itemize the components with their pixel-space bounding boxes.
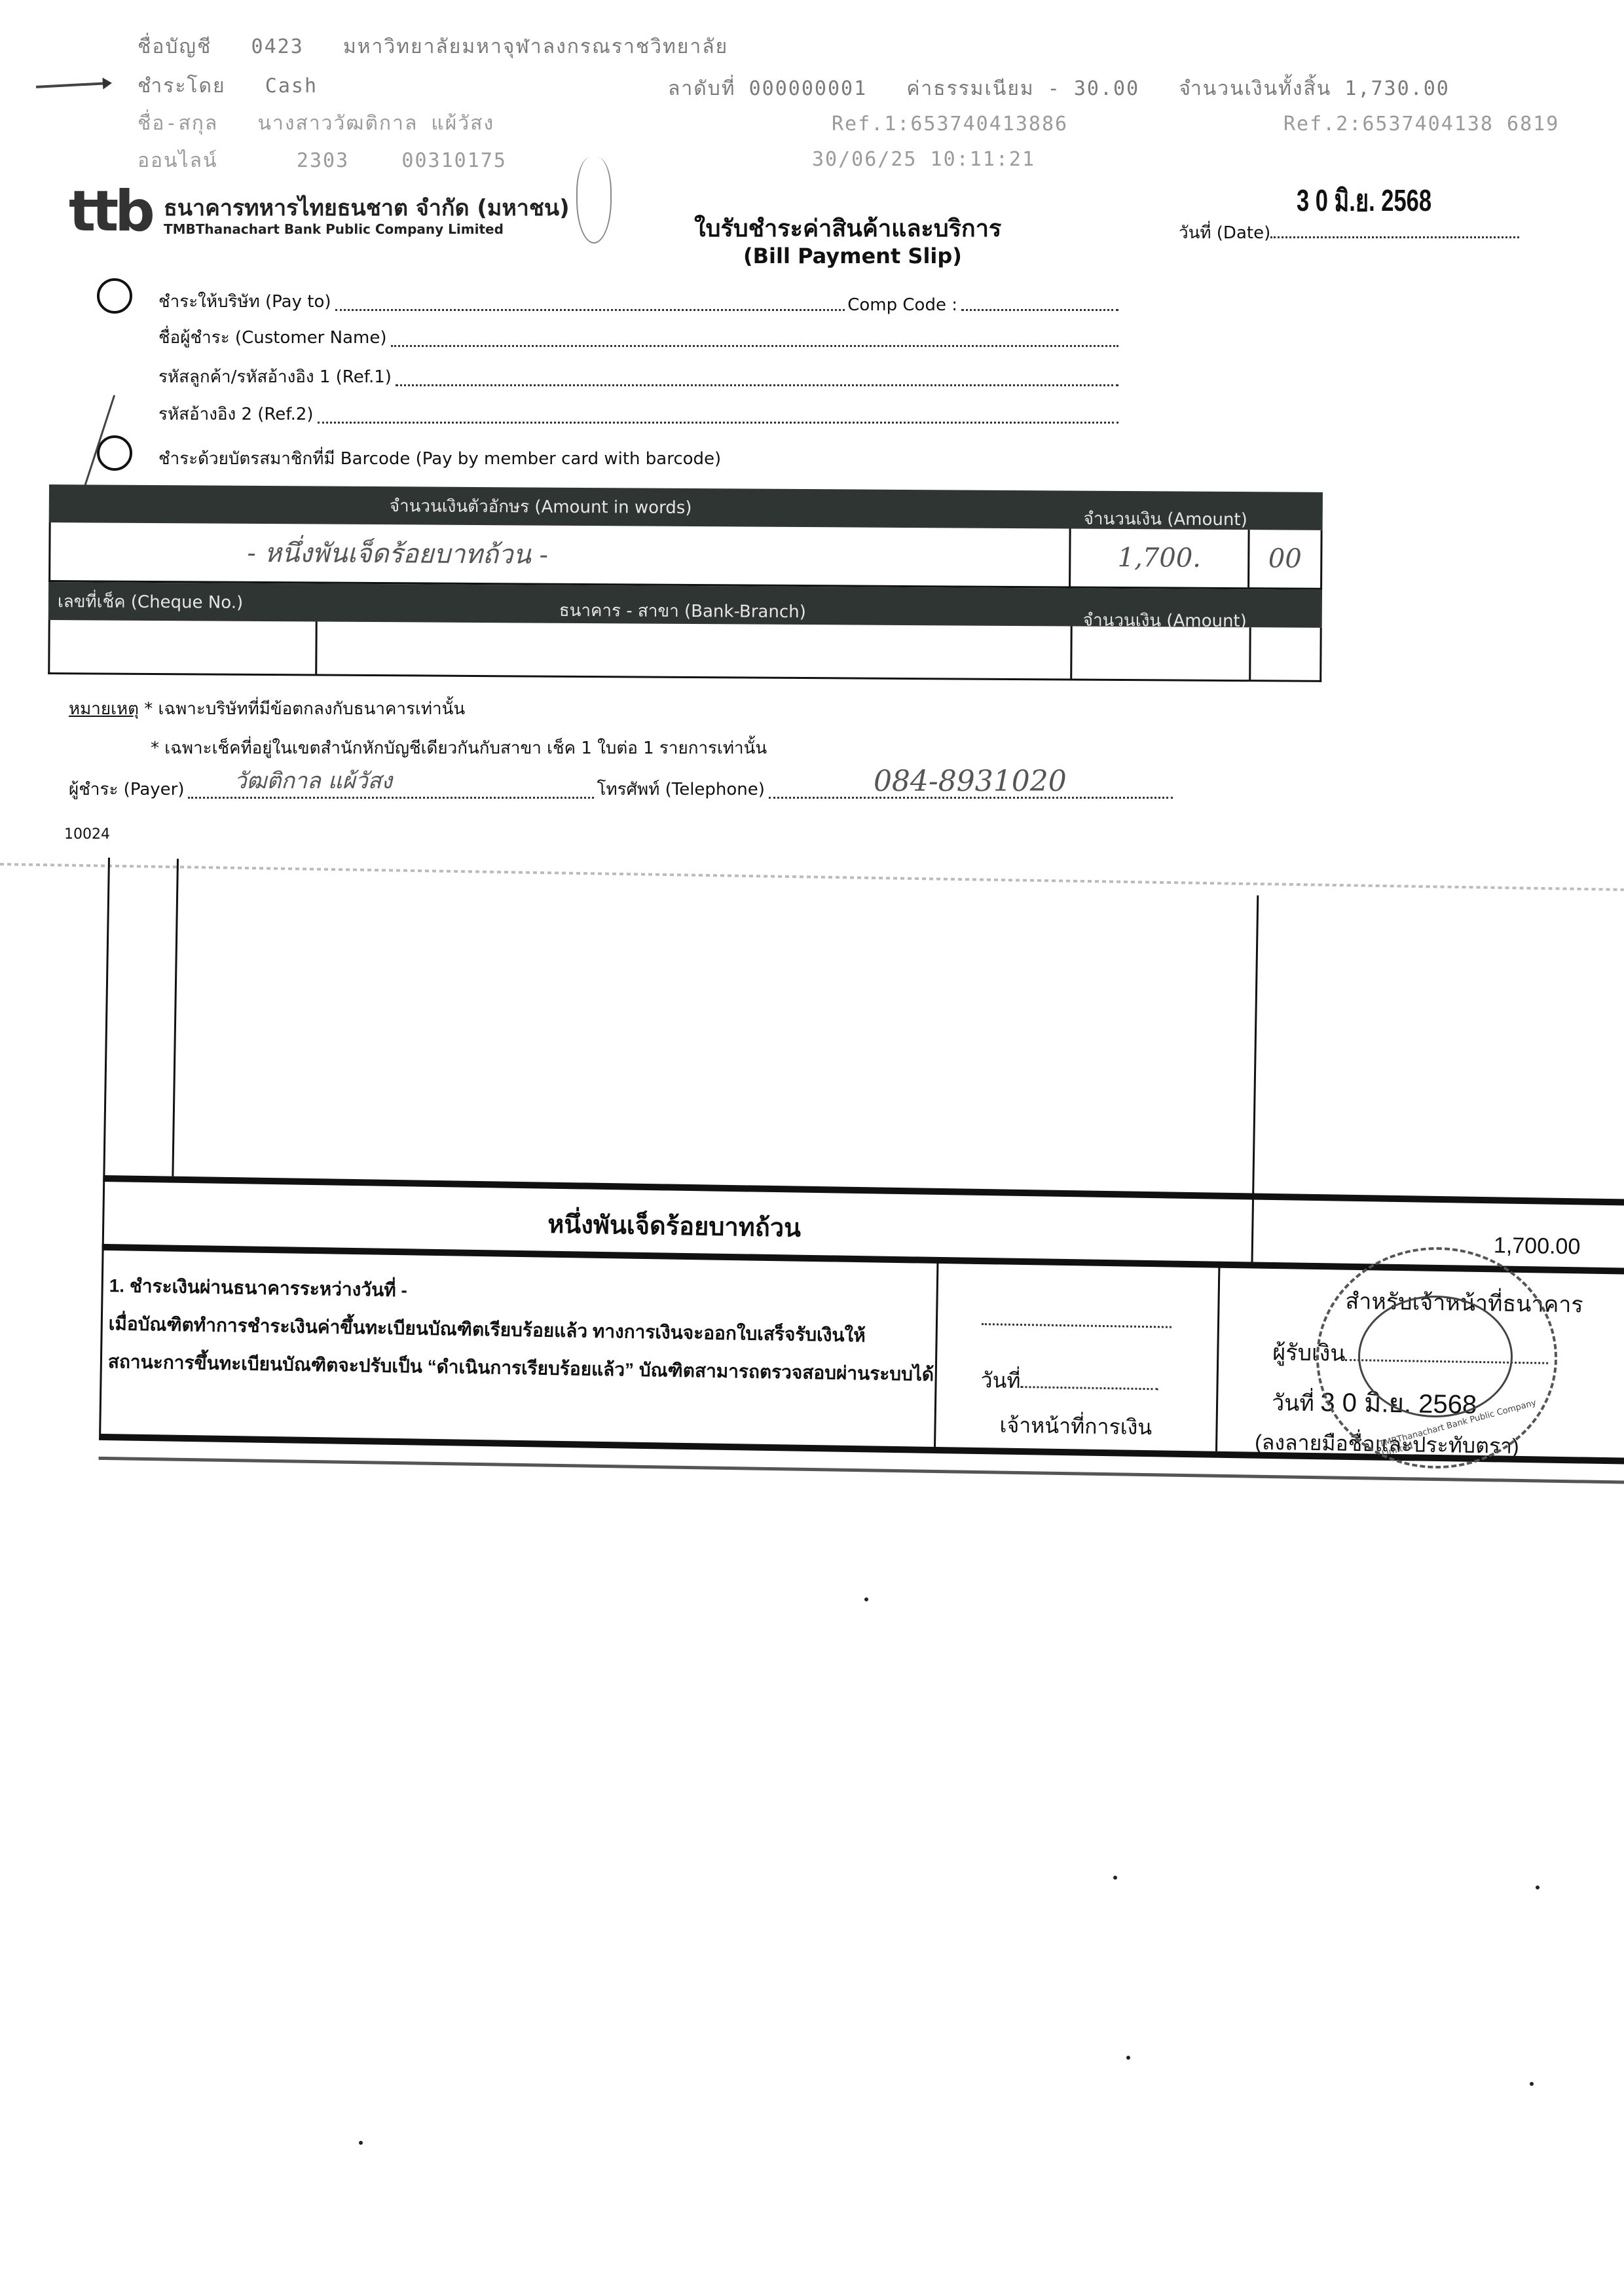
rule: [103, 1175, 1624, 1206]
radio-barcode-checked[interactable]: [97, 435, 132, 471]
amount-header-row: จำนวนเงินตัวอักษร (Amount in words) จำนว…: [49, 484, 1323, 530]
instruction-1: 1. ชำระเงินผ่านธนาคารระหว่างวันที่ -: [109, 1271, 407, 1305]
printed-datetime: 30/06/25 10:11:21: [812, 148, 1035, 171]
ref1-printed: Ref.1:653740413886: [832, 113, 1068, 136]
scan-speck: [1126, 2056, 1130, 2060]
scan-speck: [1536, 1886, 1540, 1889]
amount-satang-input[interactable]: 00: [1249, 530, 1321, 588]
printed-line-2: ชำระโดย Cash: [138, 71, 318, 101]
ref2-field[interactable]: รหัสอ้างอิง 2 (Ref.2): [158, 401, 1121, 428]
date-stamp: 3 0 มิ.ย. 2568: [1297, 177, 1431, 225]
column-line: [1215, 1262, 1221, 1451]
handwritten-initial: [576, 157, 612, 244]
remark-2: * เฉพาะเช็คที่อยู่ในเขตสำนักหักบัญชีเดีย…: [151, 735, 767, 761]
slip-title-th: ใบรับชำระค่าสินค้าและบริการ: [694, 210, 1001, 247]
printed-line-4: ออนไลน์ 2303 00310175: [138, 145, 507, 176]
printed-line-1: ชื่อบัญชี 0423 มหาวิทยาลัยมหาจุฬาลงกรณรา…: [138, 31, 728, 62]
receipt-amount: 1,700.00: [1494, 1233, 1581, 1260]
finance-date-field[interactable]: วันที่: [980, 1364, 1158, 1400]
telephone-input[interactable]: 084-8931020: [769, 797, 1173, 799]
radio-pay-to[interactable]: [97, 278, 132, 314]
instruction-2: เมื่อบัณฑิตทำการชำระเงินค่าขึ้นทะเบียนบั…: [108, 1309, 866, 1350]
bank-name-th: ธนาคารทหารไทยธนชาต จำกัด (มหาชน): [164, 190, 570, 225]
scan-speck: [1530, 2082, 1534, 2086]
scan-speck: [864, 1597, 868, 1601]
form-code: 10024: [64, 826, 110, 843]
printed-line-3: ชื่อ-สกุล นางสาววัฒติกาล แผ้วัสง: [138, 108, 494, 139]
payer-input[interactable]: วัฒติกาล แผ้วัสง: [188, 797, 594, 799]
scan-speck: [1113, 1876, 1117, 1880]
date-field[interactable]: วันที่ (Date): [1179, 219, 1519, 246]
payer-row: ผู้ชำระ (Payer) วัฒติกาล แผ้วัสง โทรศัพท…: [69, 776, 1175, 803]
cheque-satang-input[interactable]: [1251, 627, 1319, 680]
customer-name-field[interactable]: ชื่อผู้ชำระ (Customer Name): [158, 324, 1121, 351]
ref1-field[interactable]: รหัสลูกค้า/รหัสอ้างอิง 1 (Ref.1): [158, 363, 1121, 390]
column-line: [934, 1257, 939, 1447]
finance-sign-line[interactable]: [982, 1323, 1172, 1328]
pay-to-field[interactable]: ชำระให้บริษัท (Pay to) Comp Code :: [158, 288, 1121, 315]
ttb-logo: ttb: [69, 183, 151, 240]
amount-value-row: - หนึ่งพันเจ็ดร้อยบาทถ้วน - 1,700. 00: [48, 522, 1323, 590]
amount-baht-input[interactable]: 1,700.: [1071, 529, 1250, 588]
bank-branch-input[interactable]: [317, 622, 1072, 679]
scan-speck: [359, 2141, 363, 2145]
amount-table: จำนวนเงินตัวอักษร (Amount in words) จำนว…: [48, 484, 1323, 682]
slip-title-en: (Bill Payment Slip): [743, 244, 962, 268]
bank-name-en: TMBThanachart Bank Public Company Limite…: [164, 221, 504, 237]
cheque-no-input[interactable]: [50, 620, 317, 674]
column-line: [1251, 896, 1259, 1262]
finance-officer-label: เจ้าหน้าที่การเงิน: [999, 1408, 1152, 1444]
remarks: หมายเหตุ * เฉพาะบริษัทที่มีข้อตกลงกับธนา…: [69, 695, 465, 722]
amount-words-input[interactable]: - หนึ่งพันเจ็ดร้อยบาทถ้วน -: [50, 522, 1071, 587]
handwritten-arrow: [36, 82, 108, 88]
column-line: [172, 859, 179, 1176]
receipt-amount-words: หนึ่งพันเจ็ดร้อยบาทถ้วน: [547, 1204, 802, 1248]
printed-line-2-right: ลาดับที่ 000000001 ค่าธรรมเนียม - 30.00 …: [668, 73, 1450, 104]
bank-stamp: TMBThanachart Bank Public Company Limite…: [1316, 1247, 1557, 1468]
barcode-option[interactable]: ชำระด้วยบัตรสมาชิกที่มี Barcode (Pay by …: [158, 445, 721, 472]
instruction-3: สถานะการขึ้นทะเบียนบัณฑิตจะปรับเป็น “ดำเ…: [108, 1347, 934, 1389]
cheque-header-row: เลขที่เช็ค (Cheque No.) ธนาคาร - สาขา (B…: [48, 582, 1322, 628]
ref2-printed: Ref.2:6537404138 6819: [1283, 113, 1559, 136]
